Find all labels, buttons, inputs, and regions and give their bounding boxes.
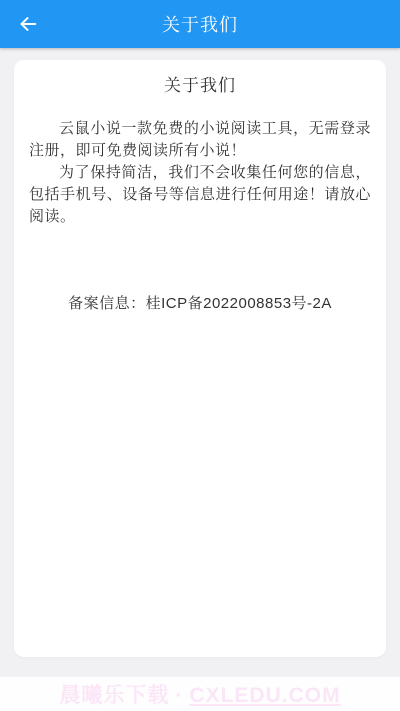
icp-label: 备案信息： bbox=[68, 295, 146, 312]
icp-info: 备案信息：桂ICP备2022008853号-2A bbox=[29, 292, 371, 313]
watermark-text: 晨曦乐下载·CXLEDU.COM bbox=[59, 679, 340, 709]
page-title: 关于我们 bbox=[0, 11, 400, 37]
watermark-site-name: 晨曦乐下载 bbox=[59, 684, 169, 707]
about-paragraph-1: 云鼠小说一款免费的小说阅读工具，无需登录注册，即可免费阅读所有小说！ bbox=[29, 118, 371, 162]
watermark-domain: CXLEDU.COM bbox=[189, 684, 340, 707]
arrow-left-icon bbox=[17, 13, 39, 35]
about-paragraph-2: 为了保持简洁，我们不会收集任何您的信息，包括手机号、设备号等信息进行任何用途！请… bbox=[29, 162, 371, 228]
icp-number: 桂ICP备2022008853号-2A bbox=[146, 295, 332, 312]
about-card: 关于我们 云鼠小说一款免费的小说阅读工具，无需登录注册，即可免费阅读所有小说！ … bbox=[14, 60, 386, 657]
back-button[interactable] bbox=[8, 4, 48, 44]
card-title: 关于我们 bbox=[29, 77, 371, 94]
app-screen: 关于我们 关于我们 云鼠小说一款免费的小说阅读工具，无需登录注册，即可免费阅读所… bbox=[0, 0, 400, 711]
watermark-bar: 晨曦乐下载·CXLEDU.COM bbox=[0, 677, 400, 711]
about-text: 云鼠小说一款免费的小说阅读工具，无需登录注册，即可免费阅读所有小说！ 为了保持简… bbox=[29, 118, 371, 228]
watermark-separator: · bbox=[175, 684, 183, 707]
app-bar: 关于我们 bbox=[0, 0, 400, 48]
